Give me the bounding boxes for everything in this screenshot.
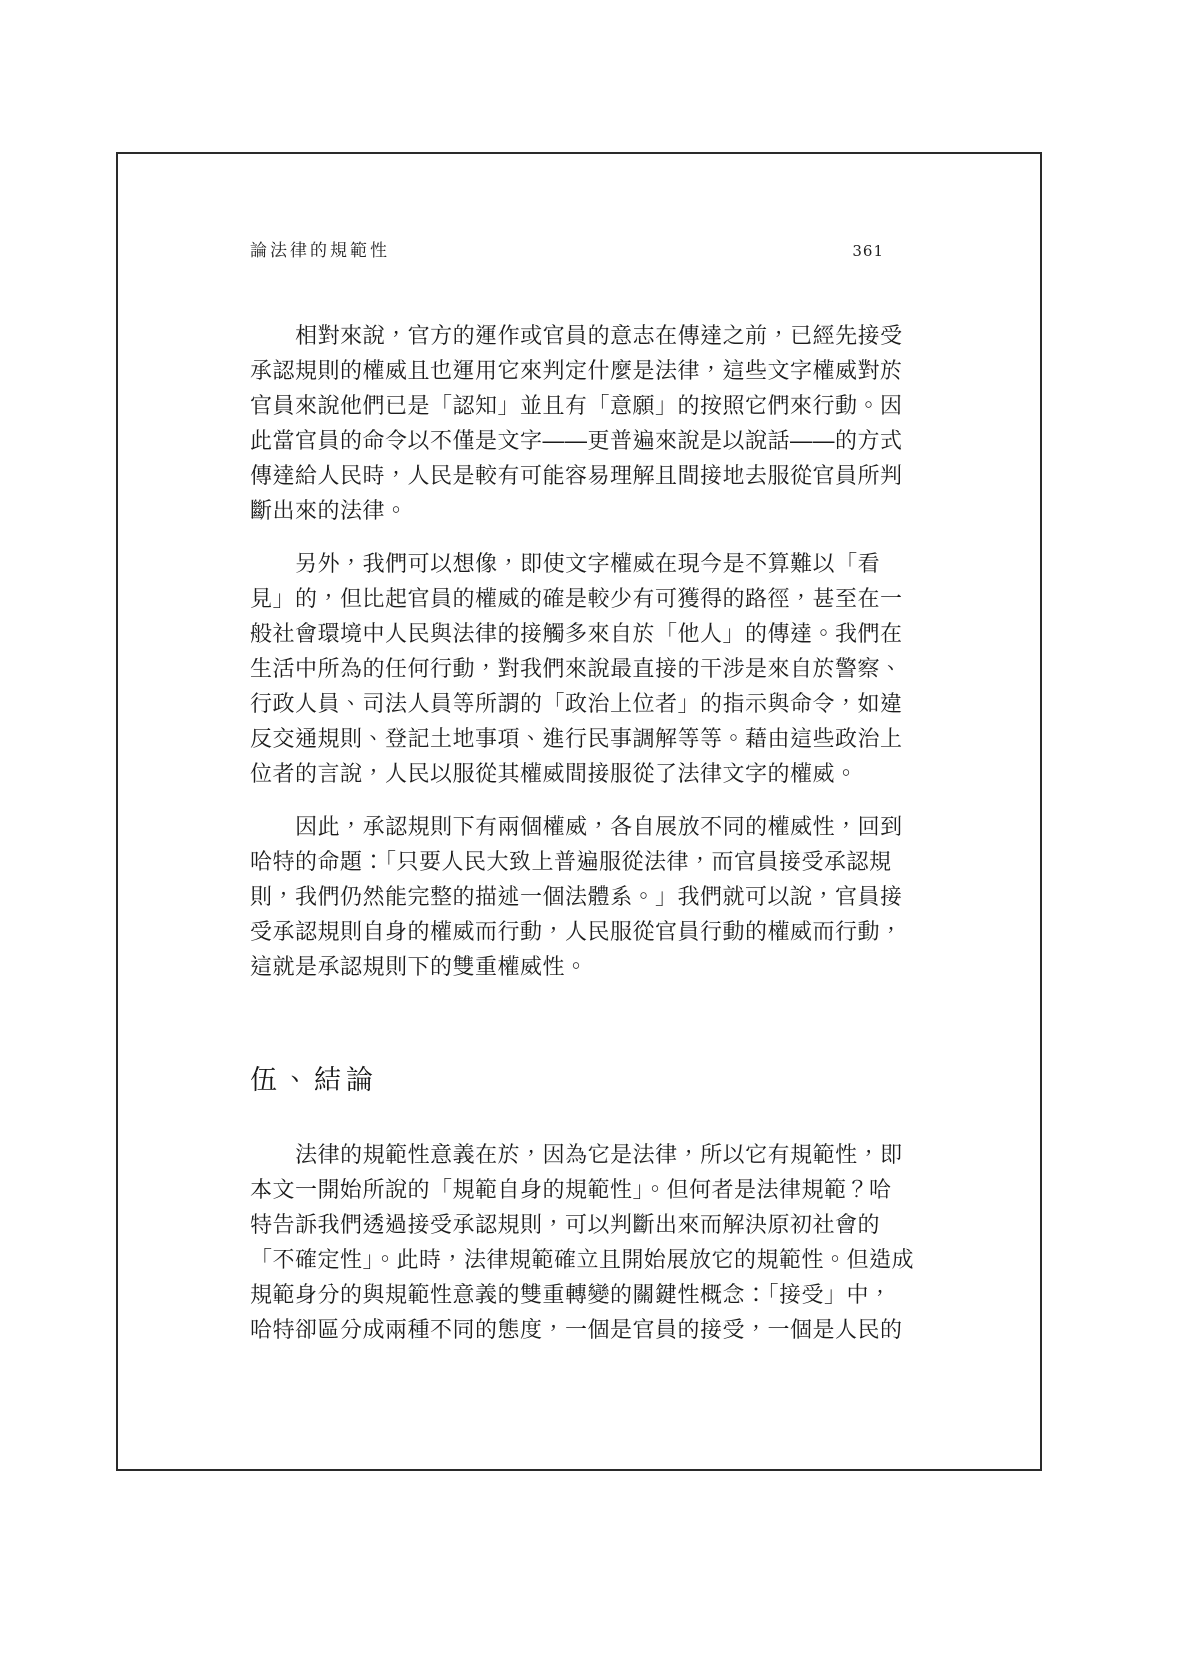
text-line: 法律的規範性意義在於，因為它是法律，所以它有規範性，即 xyxy=(250,1137,918,1172)
text-line: 相對來說，官方的運作或官員的意志在傳達之前，已經先接受 xyxy=(250,318,918,353)
text-line: 斷出來的法律。 xyxy=(250,493,918,528)
text-line: 這就是承認規則下的雙重權威性。 xyxy=(250,949,918,984)
text-line: 規範身分的與規範性意義的雙重轉變的關鍵性概念：「接受」中， xyxy=(250,1277,918,1312)
section-heading: 伍、結論 xyxy=(250,1059,918,1103)
text-line: 承認規則的權威且也運用它來判定什麼是法律，這些文字權威對於 xyxy=(250,353,918,388)
text-line: 因此，承認規則下有兩個權威，各自展放不同的權威性，回到 xyxy=(250,809,918,844)
running-title: 論法律的規範性 xyxy=(250,236,390,261)
text-line: 傳達給人民時，人民是較有可能容易理解且間接地去服從官員所判 xyxy=(250,458,918,493)
text-line: 生活中所為的任何行動，對我們來說最直接的干涉是來自於警察、 xyxy=(250,651,918,686)
paragraph: 因此，承認規則下有兩個權威，各自展放不同的權威性，回到哈特的命題：「只要人民大致… xyxy=(250,809,918,984)
text-line: 行政人員、司法人員等所謂的「政治上位者」的指示與命令，如違 xyxy=(250,686,918,721)
text-line: 反交通規則、登記土地事項、進行民事調解等等。藉由這些政治上 xyxy=(250,721,918,756)
text-line: 特告訴我們透過接受承認規則，可以判斷出來而解決原初社會的 xyxy=(250,1207,918,1242)
scanned-document-page: 論法律的規範性 361 相對來說，官方的運作或官員的意志在傳達之前，已經先接受承… xyxy=(0,0,1177,1664)
text-line: 官員來說他們已是「認知」並且有「意願」的按照它們來行動。因 xyxy=(250,388,918,423)
paragraph: 另外，我們可以想像，即使文字權威在現今是不算難以「看見」的，但比起官員的權威的確… xyxy=(250,546,918,791)
body-text: 相對來說，官方的運作或官員的意志在傳達之前，已經先接受承認規則的權威且也運用它來… xyxy=(250,318,918,1347)
page-border-frame: 論法律的規範性 361 相對來說，官方的運作或官員的意志在傳達之前，已經先接受承… xyxy=(116,152,1042,1471)
text-line: 般社會環境中人民與法律的接觸多來自於「他人」的傳達。我們在 xyxy=(250,616,918,651)
text-line: 受承認規則自身的權威而行動，人民服從官員行動的權威而行動， xyxy=(250,914,918,949)
page-header: 論法律的規範性 361 xyxy=(250,236,918,260)
paragraph: 相對來說，官方的運作或官員的意志在傳達之前，已經先接受承認規則的權威且也運用它來… xyxy=(250,318,918,528)
text-line: 「不確定性」。此時，法律規範確立且開始展放它的規範性。但造成 xyxy=(250,1242,918,1277)
text-line: 哈特卻區分成兩種不同的態度，一個是官員的接受，一個是人民的 xyxy=(250,1312,918,1347)
paragraph: 法律的規範性意義在於，因為它是法律，所以它有規範性，即本文一開始所說的「規範自身… xyxy=(250,1137,918,1347)
text-line: 則，我們仍然能完整的描述一個法體系。」我們就可以說，官員接 xyxy=(250,879,918,914)
page-number: 361 xyxy=(852,242,918,260)
page-content: 論法律的規範性 361 相對來說，官方的運作或官員的意志在傳達之前，已經先接受承… xyxy=(250,236,918,1365)
text-line: 見」的，但比起官員的權威的確是較少有可獲得的路徑，甚至在一 xyxy=(250,581,918,616)
text-line: 此當官員的命令以不僅是文字——更普遍來說是以說話——的方式 xyxy=(250,423,918,458)
text-line: 位者的言說，人民以服從其權威間接服從了法律文字的權威。 xyxy=(250,756,918,791)
text-line: 哈特的命題：「只要人民大致上普遍服從法律，而官員接受承認規 xyxy=(250,844,918,879)
text-line: 本文一開始所說的「規範自身的規範性」。但何者是法律規範？哈 xyxy=(250,1172,918,1207)
text-line: 另外，我們可以想像，即使文字權威在現今是不算難以「看 xyxy=(250,546,918,581)
